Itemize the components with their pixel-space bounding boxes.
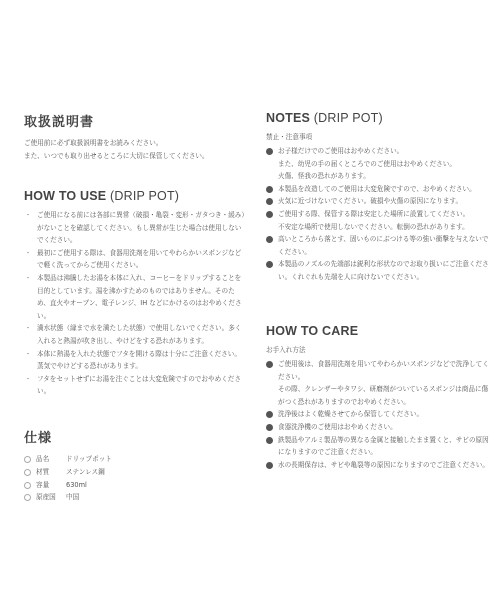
spec-item: 原産国中国 bbox=[24, 491, 246, 504]
how-to-use-title-sub: (DRIP POT) bbox=[110, 189, 179, 203]
bullet-disc-icon bbox=[266, 211, 273, 218]
specs-list: 品名ドリップポット 材質ステンレス鋼 容量630ml 原産国中国 bbox=[24, 453, 246, 504]
list-item: ・満水状態（縁まで水を満たした状態）で使用しないでください。多く入れると熱湯が吹… bbox=[24, 322, 246, 347]
notes-list: お子様だけでのご使用はおやめください。 また、幼児の手の届くところでのご使用はお… bbox=[266, 145, 491, 284]
bullet-disc-icon bbox=[266, 437, 273, 444]
list-item: ご使用する際、保管する際は安定した場所に設置してください。 不安定な場所で使用し… bbox=[266, 208, 491, 233]
bullet-dot-icon: ・ bbox=[24, 322, 32, 335]
notes-title-sub: (DRIP POT) bbox=[314, 111, 383, 125]
list-item: 火気に近づけないでください。破損や火傷の原因になります。 bbox=[266, 195, 491, 208]
list-item: 洗浄後はよく乾燥させてから保管してください。 bbox=[266, 408, 491, 421]
list-item: 水の長期保存は、サビや亀裂等の原因になりますのでご注意ください。 bbox=[266, 459, 491, 472]
list-item: 食器洗浄機のご使用はおやめください。 bbox=[266, 421, 491, 434]
how-to-care-section: HOW TO CARE お手入れ方法 ご使用後は、食器用洗剤を用いてやわらかいス… bbox=[266, 324, 491, 471]
bullet-disc-icon bbox=[266, 462, 273, 469]
circle-bullet-icon bbox=[24, 469, 31, 476]
how-to-use-section: HOW TO USE (DRIP POT) ・ご使用になる前には各部に異常（破損… bbox=[24, 189, 246, 398]
list-item: お子様だけでのご使用はおやめください。 また、幼児の手の届くところでのご使用はお… bbox=[266, 145, 491, 183]
list-item: ・ご使用になる前には各部に異常（破損・亀裂・変形・ガタつき・緩み）がないことを確… bbox=[24, 209, 246, 247]
bullet-disc-icon bbox=[266, 361, 273, 368]
list-item: ・最初にご使用する際は、食器用洗剤を用いてやわらかいスポンジなどで軽く洗ってから… bbox=[24, 247, 246, 272]
list-item: ・フタをセットせずにお湯を注ぐことは大変危険ですのでおやめください。 bbox=[24, 373, 246, 398]
how-to-use-title-main: HOW TO USE bbox=[24, 189, 106, 203]
how-to-care-list: ご使用後は、食器用洗剤を用いてやわらかいスポンジなどで洗浄してください。 その際… bbox=[266, 358, 491, 471]
bullet-dot-icon: ・ bbox=[24, 348, 32, 361]
spec-item: 材質ステンレス鋼 bbox=[24, 466, 246, 479]
bullet-disc-icon bbox=[266, 261, 273, 268]
circle-bullet-icon bbox=[24, 482, 31, 489]
how-to-care-title: HOW TO CARE bbox=[266, 324, 491, 338]
spec-item: 容量630ml bbox=[24, 479, 246, 492]
bullet-disc-icon bbox=[266, 424, 273, 431]
spec-value: 630ml bbox=[66, 481, 87, 489]
specs-title: 仕様 bbox=[24, 427, 246, 446]
how-to-use-title: HOW TO USE (DRIP POT) bbox=[24, 189, 246, 203]
bullet-dot-icon: ・ bbox=[24, 247, 32, 260]
manual-title: 取扱説明書 bbox=[24, 111, 246, 130]
list-item: ・本製品は沸騰したお湯を本体に入れ、コーヒーをドリップすることを目的としています… bbox=[24, 272, 246, 322]
how-to-care-subhead: お手入れ方法 bbox=[266, 344, 491, 356]
spec-key: 材質 bbox=[36, 466, 66, 479]
intro-line: ご使用前に必ず取扱説明書をお読みください。 bbox=[24, 137, 246, 150]
bullet-disc-icon bbox=[266, 236, 273, 243]
list-item: 本製品を改造してのご使用は大変危険ですので、おやめください。 bbox=[266, 183, 491, 196]
notes-title-main: NOTES bbox=[266, 111, 310, 125]
list-item: 高いところから落とす、固いものにぶつける等の強い衝撃を与えないでください。 bbox=[266, 233, 491, 258]
circle-bullet-icon bbox=[24, 456, 31, 463]
list-item: ・本体に熱湯を入れた状態でフタを開ける際は十分にご注意ください。蒸気でやけどする… bbox=[24, 348, 246, 373]
manual-intro-section: 取扱説明書 ご使用前に必ず取扱説明書をお読みください。 また、いつでも取り出せる… bbox=[24, 111, 246, 163]
how-to-use-list: ・ご使用になる前には各部に異常（破損・亀裂・変形・ガタつき・緩み）がないことを確… bbox=[24, 209, 246, 398]
spec-item: 品名ドリップポット bbox=[24, 453, 246, 466]
notes-title: NOTES (DRIP POT) bbox=[266, 111, 491, 125]
bullet-disc-icon bbox=[266, 148, 273, 155]
bullet-dot-icon: ・ bbox=[24, 209, 32, 222]
spec-key: 品名 bbox=[36, 453, 66, 466]
spec-value: ドリップポット bbox=[66, 455, 112, 463]
notes-section: NOTES (DRIP POT) 禁止・注意事項 お子様だけでのご使用はおやめく… bbox=[266, 111, 491, 284]
list-item: ご使用後は、食器用洗剤を用いてやわらかいスポンジなどで洗浄してください。 その際… bbox=[266, 358, 491, 408]
bullet-disc-icon bbox=[266, 186, 273, 193]
notes-subhead: 禁止・注意事項 bbox=[266, 131, 491, 143]
spec-value: 中国 bbox=[66, 493, 79, 501]
intro-line: また、いつでも取り出せるところに大切に保管してください。 bbox=[24, 150, 246, 163]
list-item: 鉄製品やアルミ製品等の異なる金属と接触したまま置くと、サビの原因になりますのでご… bbox=[266, 434, 491, 459]
specs-section: 仕様 品名ドリップポット 材質ステンレス鋼 容量630ml 原産国中国 bbox=[24, 427, 246, 504]
spec-value: ステンレス鋼 bbox=[66, 468, 105, 476]
bullet-disc-icon bbox=[266, 411, 273, 418]
bullet-dot-icon: ・ bbox=[24, 373, 32, 386]
circle-bullet-icon bbox=[24, 494, 31, 501]
spec-key: 原産国 bbox=[36, 491, 66, 504]
bullet-disc-icon bbox=[266, 198, 273, 205]
spec-key: 容量 bbox=[36, 479, 66, 492]
bullet-dot-icon: ・ bbox=[24, 272, 32, 285]
list-item: 本製品のノズルの先端部は鋭利な形状なのでお取り扱いにご注意ください。くれぐれも先… bbox=[266, 258, 491, 283]
